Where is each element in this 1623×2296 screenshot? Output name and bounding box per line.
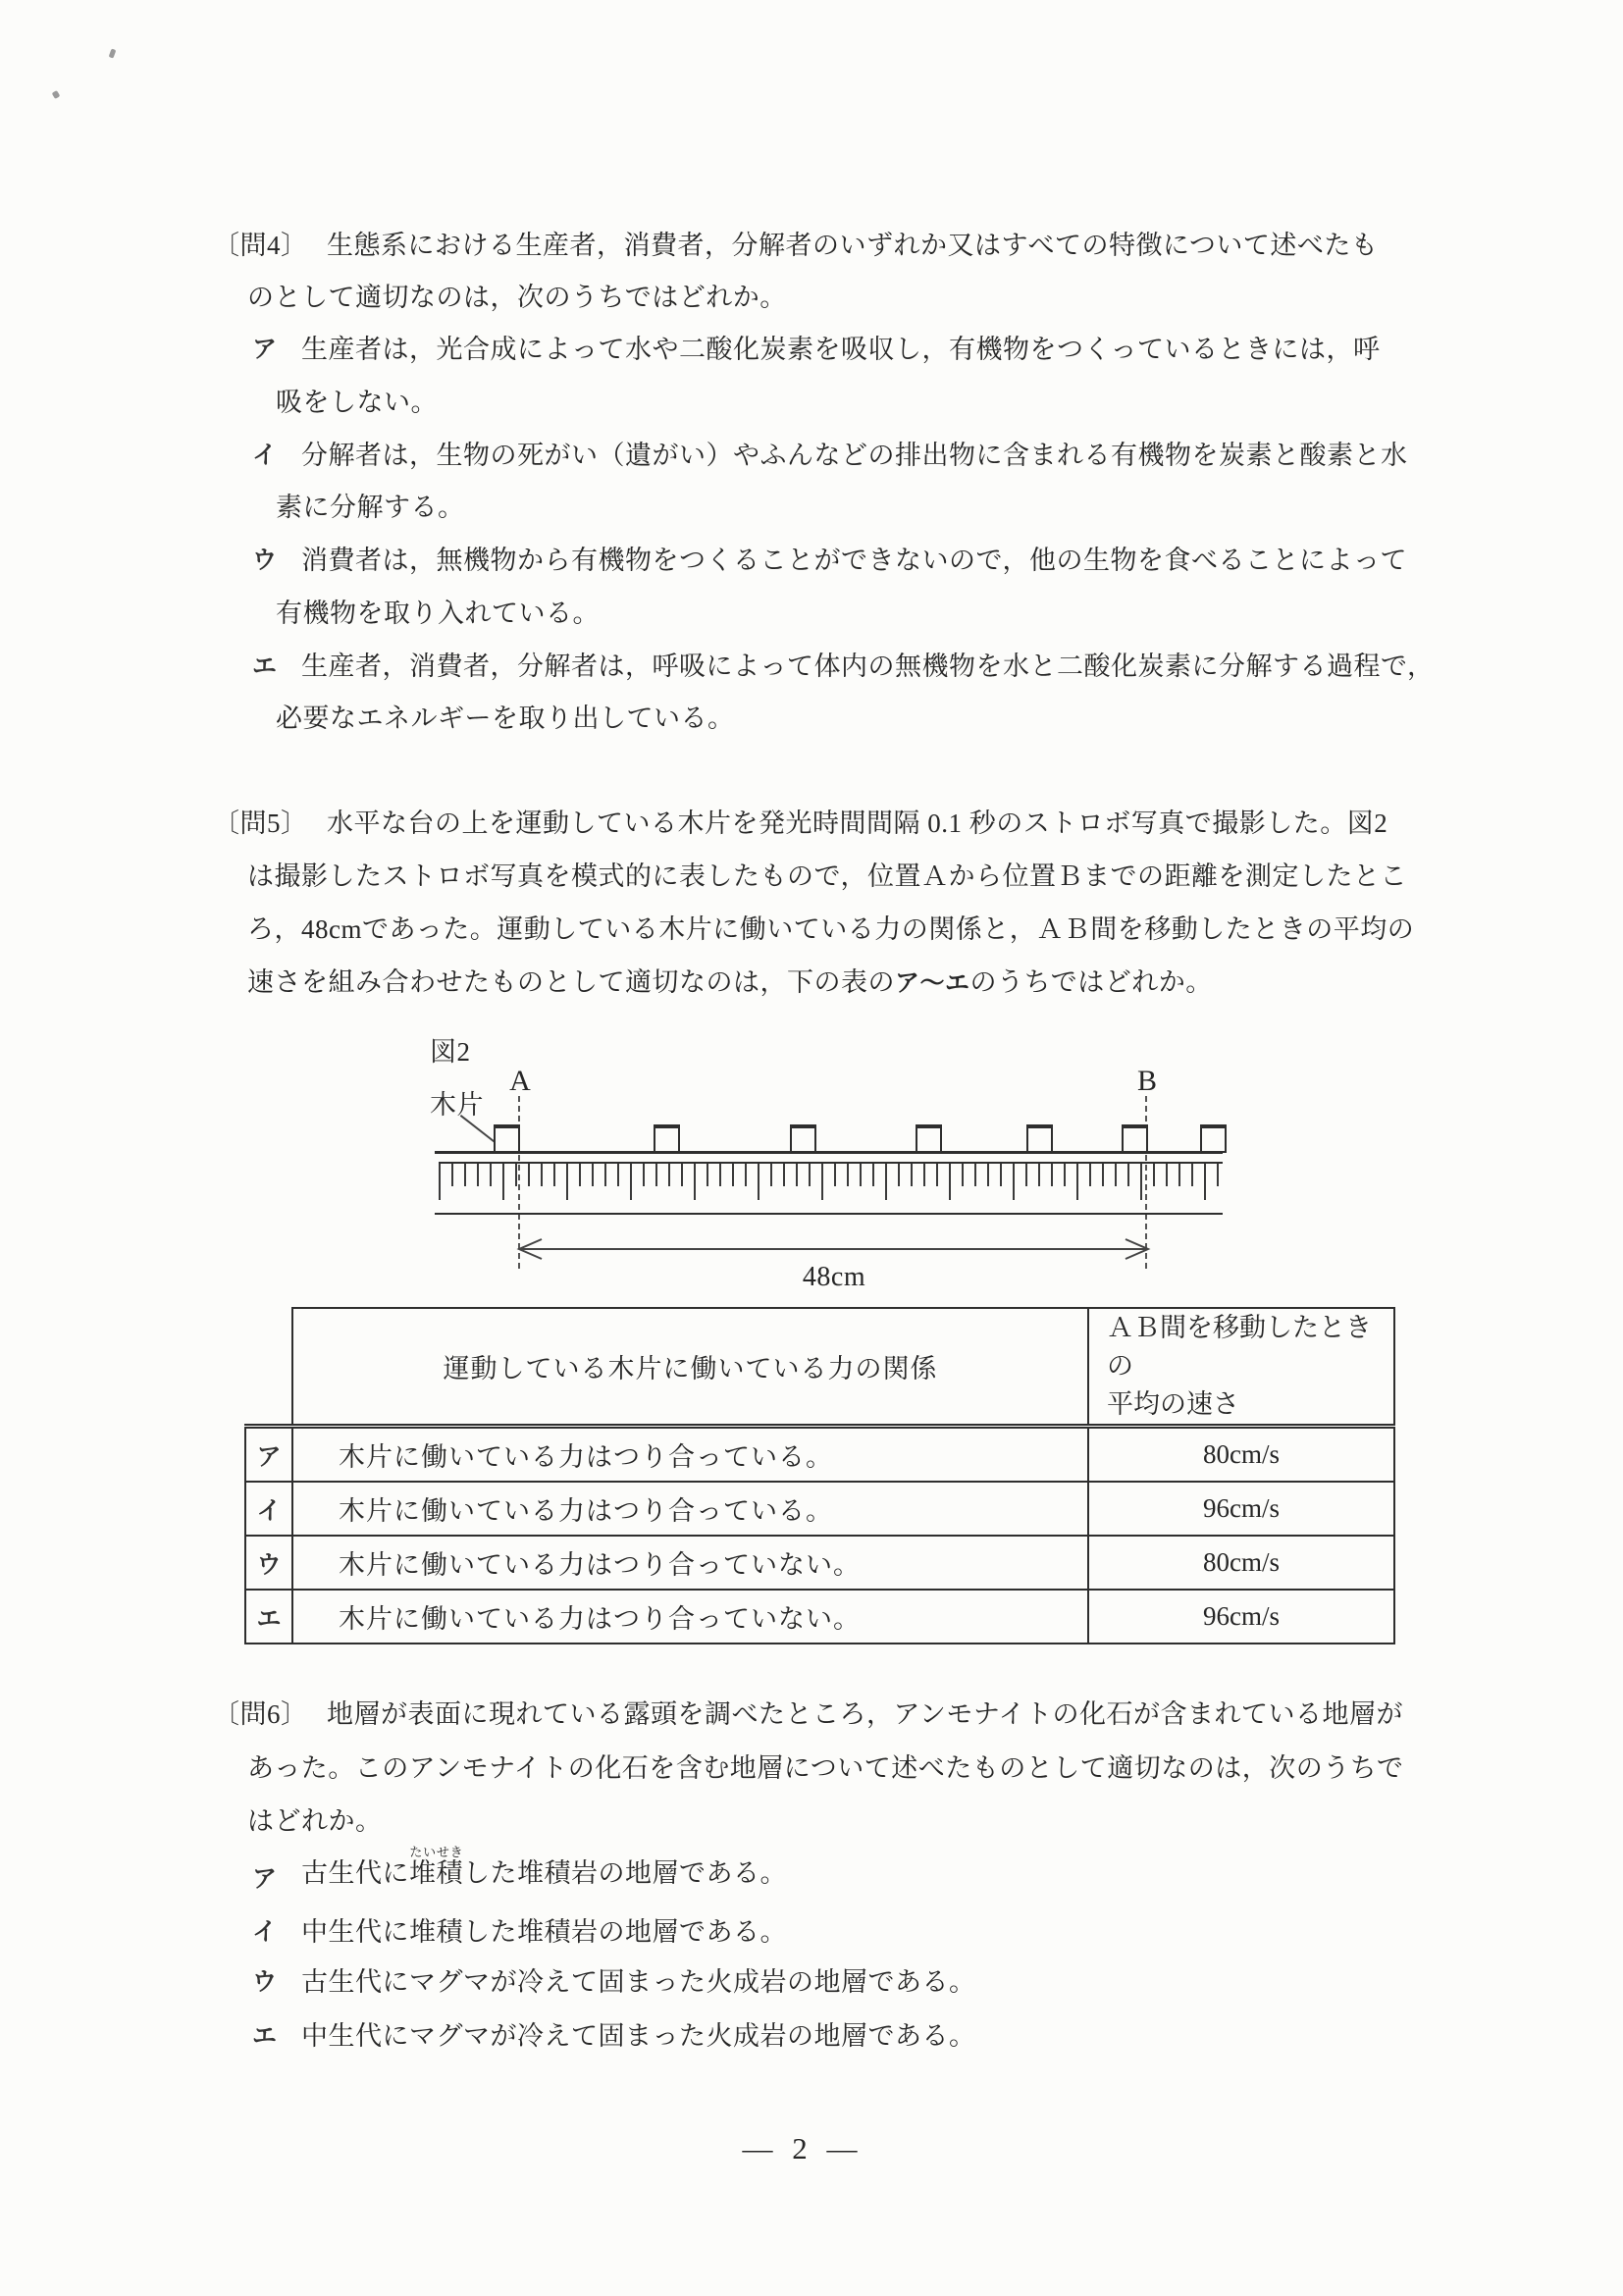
table-header-row: 運動している木片に働いている力の関係 ＡＢ間を移動したときの 平均の速さ [245,1308,1394,1427]
q6-option-a-ruby-base: 堆積 [409,1858,463,1888]
table-row: ア 木片に働いている力はつり合っている。 80cm/s [245,1427,1394,1483]
q4-line-2: のとして適切なのは，次のうちではどれか。 [247,282,787,315]
table-header-relation: 運動している木片に働いている力の関係 [292,1308,1088,1427]
q6-option-e-marker: エ [252,2021,278,2052]
q4-option-e-marker: エ [252,652,278,682]
row-relation: 木片に働いている力はつり合っている。 [292,1427,1088,1483]
q6-option-a-marker: ア [252,1864,278,1895]
page-number: — 2 — [705,2131,901,2166]
q4-option-i-line-1: 分解者は，生物の死がい（遺がい）やふんなどの排出物に含まれる有機物を炭素と酸素と… [301,440,1408,473]
figure-block-label: 木片 [430,1089,484,1122]
ruler-ticks [439,1164,1223,1201]
q6-line-2: あった。このアンモナイトの化石を含む地層について述べたものとして適切なのは，次の… [247,1752,1403,1786]
scan-speck [52,90,61,99]
table-header-speed-line2: 平均の速さ [1107,1385,1393,1424]
q6-line-1: 地層が表面に現れている露頭を調べたところ，アンモナイトの化石が含まれている地層が [327,1698,1403,1732]
figure-caption: 図2 [430,1036,471,1070]
wood-block-2 [654,1124,680,1153]
q6-option-a-ruby: 堆積たいせき [409,1858,463,1888]
q6-option-a-post: した堆積岩の地層である。 [463,1858,787,1888]
q4-option-u-line-1: 消費者は，無機物から有機物をつくることができないので，他の生物を食べることによっ… [301,545,1407,578]
figure-point-a-label: A [505,1065,535,1098]
q6-option-i-text: 中生代に堆積した堆積岩の地層である。 [301,1916,787,1950]
q5-line-1: 水平な台の上を運動している木片を発光時間間隔 0.1 秒のストロボ写真で撮影した… [327,808,1387,841]
q4-option-e-line-1: 生産者，消費者，分解者は，呼吸によって体内の無機物を水と二酸化炭素に分解する過程… [301,651,1434,684]
wood-block-7 [1200,1124,1227,1153]
scan-speck [109,48,117,58]
q5-line-4-post: のうちではどれか。 [970,967,1213,997]
distance-label: 48cm [765,1260,903,1294]
row-speed: 96cm/s [1088,1482,1394,1536]
q4-option-i-marker: イ [252,441,278,471]
q4-line-1: 生態系における生産者，消費者，分解者のいずれか又はすべての特徴について述べたも [327,230,1378,263]
table-row: イ 木片に働いている力はつり合っている。 96cm/s [245,1482,1394,1536]
row-marker: ア [245,1427,292,1483]
ruler-bottom-line [435,1213,1223,1215]
q6-option-i-marker: イ [252,1917,278,1948]
q6-option-u-marker: ウ [252,1967,278,1998]
wood-block-4 [916,1124,942,1153]
q6-option-e-text: 中生代にマグマが冷えて固まった火成岩の地層である。 [301,2020,976,2054]
q4-option-a-line-2: 吸をしない。 [276,387,438,420]
wood-block-3 [790,1124,816,1153]
q5-line-2: は撮影したストロボ写真を模式的に表したもので，位置Ａから位置Ｂまでの距離を測定し… [247,861,1407,894]
q4-option-e-line-2: 必要なエネルギーを取り出している。 [276,703,735,736]
exam-page: 〔問4〕 生態系における生産者，消費者，分解者のいずれか又はすべての特徴について… [0,0,1623,2296]
q5-line-4-pre: 速さを組み合わせたものとして適切なのは，下の表の [247,967,895,997]
row-relation: 木片に働いている力はつり合っていない。 [292,1536,1088,1590]
row-relation: 木片に働いている力はつり合っている。 [292,1482,1088,1536]
row-speed: 80cm/s [1088,1427,1394,1483]
row-speed: 96cm/s [1088,1590,1394,1644]
figure-point-b-label: B [1132,1065,1162,1098]
q4-option-a-line-1: 生産者は，光合成によって水や二酸化炭素を吸収し，有機物をつくっているときには，呼 [301,334,1380,367]
q5-line-4: 速さを組み合わせたものとして適切なのは，下の表のア～エのうちではどれか。 [247,966,1213,1000]
row-marker: イ [245,1482,292,1536]
table-header-empty-cell [245,1308,292,1427]
table-header-speed-line1: ＡＢ間を移動したときの [1107,1309,1393,1385]
q5-line-3: ろ，48cmであった。運動している木片に働いている力の関係と，ＡＢ間を移動したと… [247,913,1414,947]
row-relation: 木片に働いている力はつり合っていない。 [292,1590,1088,1644]
wood-block-5 [1026,1124,1053,1153]
wood-block-6 [1122,1124,1148,1153]
answer-table: 運動している木片に働いている力の関係 ＡＢ間を移動したときの 平均の速さ ア 木… [244,1307,1395,1644]
table-row: エ 木片に働いている力はつり合っていない。 96cm/s [245,1590,1394,1644]
row-marker: エ [245,1590,292,1644]
q4-option-u-marker: ウ [252,546,278,576]
q4-option-a-marker: ア [252,335,278,365]
q5-label: 〔問5〕 [213,808,308,841]
row-marker: ウ [245,1536,292,1590]
table-surface-line [435,1151,1223,1154]
q4-option-i-line-2: 素に分解する。 [276,492,465,525]
q6-line-3: はどれか。 [247,1805,383,1839]
row-speed: 80cm/s [1088,1536,1394,1590]
table-header-speed: ＡＢ間を移動したときの 平均の速さ [1088,1308,1394,1427]
q4-label: 〔問4〕 [213,230,308,263]
q6-option-a-furigana: たいせき [409,1845,463,1859]
q6-option-a-text: 古生代に堆積たいせきした堆積岩の地層である。 [301,1845,787,1891]
q6-label: 〔問6〕 [213,1698,308,1732]
table-row: ウ 木片に働いている力はつり合っていない。 80cm/s [245,1536,1394,1590]
q6-option-u-text: 古生代にマグマが冷えて固まった火成岩の地層である。 [301,1966,976,2000]
q6-option-a-pre: 古生代に [301,1858,409,1888]
q5-line-4-choices: ア～エ [895,969,970,997]
q4-option-u-line-2: 有機物を取り入れている。 [276,598,600,631]
wood-block-1 [494,1124,520,1153]
distance-arrow [514,1235,1152,1263]
